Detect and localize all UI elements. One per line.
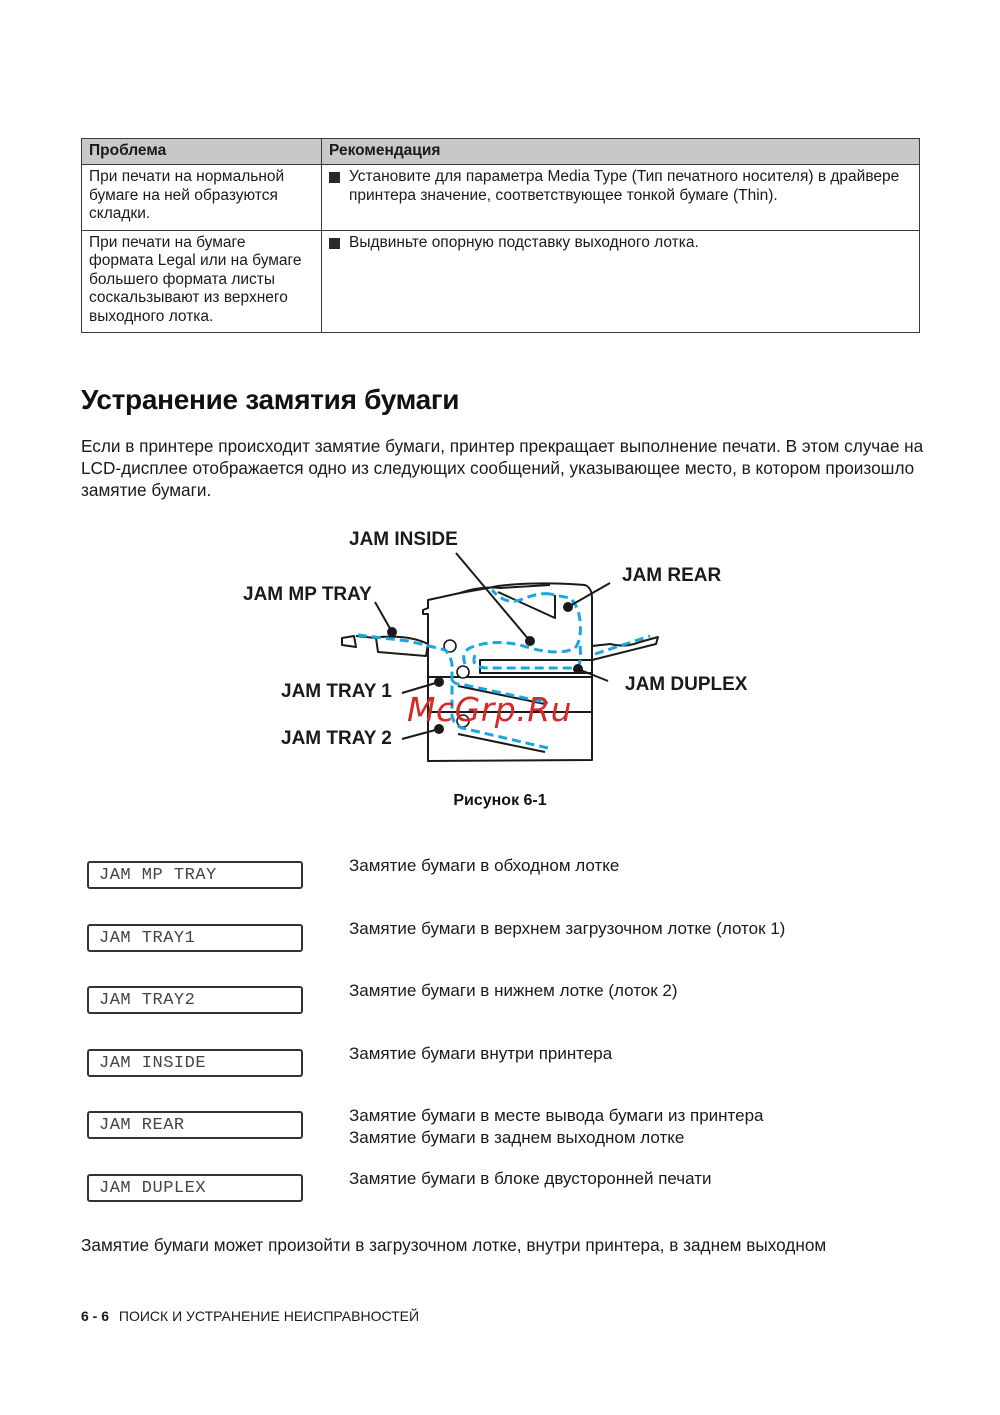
square-bullet-icon bbox=[329, 238, 340, 249]
message-description: Замятие бумаги в обходном лотке bbox=[349, 855, 619, 877]
page-number: 6 - 6 bbox=[81, 1308, 109, 1324]
printer-jam-diagram: JAM INSIDE JAM REAR JAM MP TRAY JAM TRAY… bbox=[230, 520, 770, 770]
troubleshooting-table: Проблема Рекомендация При печати на норм… bbox=[81, 138, 920, 333]
message-description: Замятие бумаги в месте вывода бумаги из … bbox=[349, 1105, 764, 1149]
message-description: Замятие бумаги в нижнем лотке (лоток 2) bbox=[349, 980, 678, 1002]
lcd-display: JAM INSIDE bbox=[87, 1049, 303, 1077]
label-jam-mp-tray: JAM MP TRAY bbox=[243, 584, 372, 606]
message-description: Замятие бумаги в блоке двусторонней печа… bbox=[349, 1168, 712, 1190]
list-item: JAM MP TRAY Замятие бумаги в обходном ло… bbox=[87, 855, 917, 895]
intro-paragraph: Если в принтере происходит замятие бумаг… bbox=[81, 435, 926, 501]
message-description: Замятие бумаги внутри принтера bbox=[349, 1043, 612, 1065]
square-bullet-icon bbox=[329, 172, 340, 183]
page-footer: 6 - 6 ПОИСК И УСТРАНЕНИЕ НЕИСПРАВНОСТЕЙ bbox=[81, 1308, 419, 1324]
recommendation-cell: Установите для параметра Media Type (Тип… bbox=[322, 165, 920, 231]
lcd-display: JAM TRAY2 bbox=[87, 986, 303, 1014]
message-description-line: Замятие бумаги в месте вывода бумаги из … bbox=[349, 1105, 764, 1127]
trailing-paragraph: Замятие бумаги может произойти в загрузо… bbox=[81, 1235, 826, 1256]
figure-caption: Рисунок 6-1 bbox=[0, 792, 1000, 810]
recommendation-cell: Выдвиньте опорную подставку выходного ло… bbox=[322, 230, 920, 333]
label-jam-tray1: JAM TRAY 1 bbox=[281, 681, 392, 703]
watermark: McGrp.Ru bbox=[407, 690, 572, 729]
label-jam-duplex: JAM DUPLEX bbox=[625, 674, 747, 696]
list-item: JAM INSIDE Замятие бумаги внутри принтер… bbox=[87, 1043, 917, 1083]
label-jam-tray2: JAM TRAY 2 bbox=[281, 728, 392, 750]
label-jam-inside: JAM INSIDE bbox=[349, 529, 458, 551]
problem-cell: При печати на нормальной бумаге на ней о… bbox=[82, 165, 322, 231]
list-item: JAM DUPLEX Замятие бумаги в блоке двусто… bbox=[87, 1168, 917, 1208]
recommendation-text: Выдвиньте опорную подставку выходного ло… bbox=[349, 234, 699, 251]
recommendation-text: Установите для параметра Media Type (Тип… bbox=[349, 168, 899, 204]
list-item: JAM REAR Замятие бумаги в месте вывода б… bbox=[87, 1105, 917, 1145]
list-item: JAM TRAY2 Замятие бумаги в нижнем лотке … bbox=[87, 980, 917, 1020]
problem-cell: При печати на бумаге формата Legal или н… bbox=[82, 230, 322, 333]
header-recommendation: Рекомендация bbox=[322, 139, 920, 165]
lcd-display: JAM DUPLEX bbox=[87, 1174, 303, 1202]
table-header-row: Проблема Рекомендация bbox=[82, 139, 920, 165]
lcd-display: JAM TRAY1 bbox=[87, 924, 303, 952]
table-row: При печати на нормальной бумаге на ней о… bbox=[82, 165, 920, 231]
header-problem: Проблема bbox=[82, 139, 322, 165]
chapter-title: ПОИСК И УСТРАНЕНИЕ НЕИСПРАВНОСТЕЙ bbox=[119, 1308, 419, 1324]
label-jam-rear: JAM REAR bbox=[622, 565, 721, 587]
message-description-line: Замятие бумаги в заднем выходном лотке bbox=[349, 1127, 764, 1149]
lcd-display: JAM REAR bbox=[87, 1111, 303, 1139]
message-description: Замятие бумаги в верхнем загрузочном лот… bbox=[349, 918, 785, 940]
section-title: Устранение замятия бумаги bbox=[81, 384, 459, 416]
table-row: При печати на бумаге формата Legal или н… bbox=[82, 230, 920, 333]
lcd-display: JAM MP TRAY bbox=[87, 861, 303, 889]
list-item: JAM TRAY1 Замятие бумаги в верхнем загру… bbox=[87, 918, 917, 958]
